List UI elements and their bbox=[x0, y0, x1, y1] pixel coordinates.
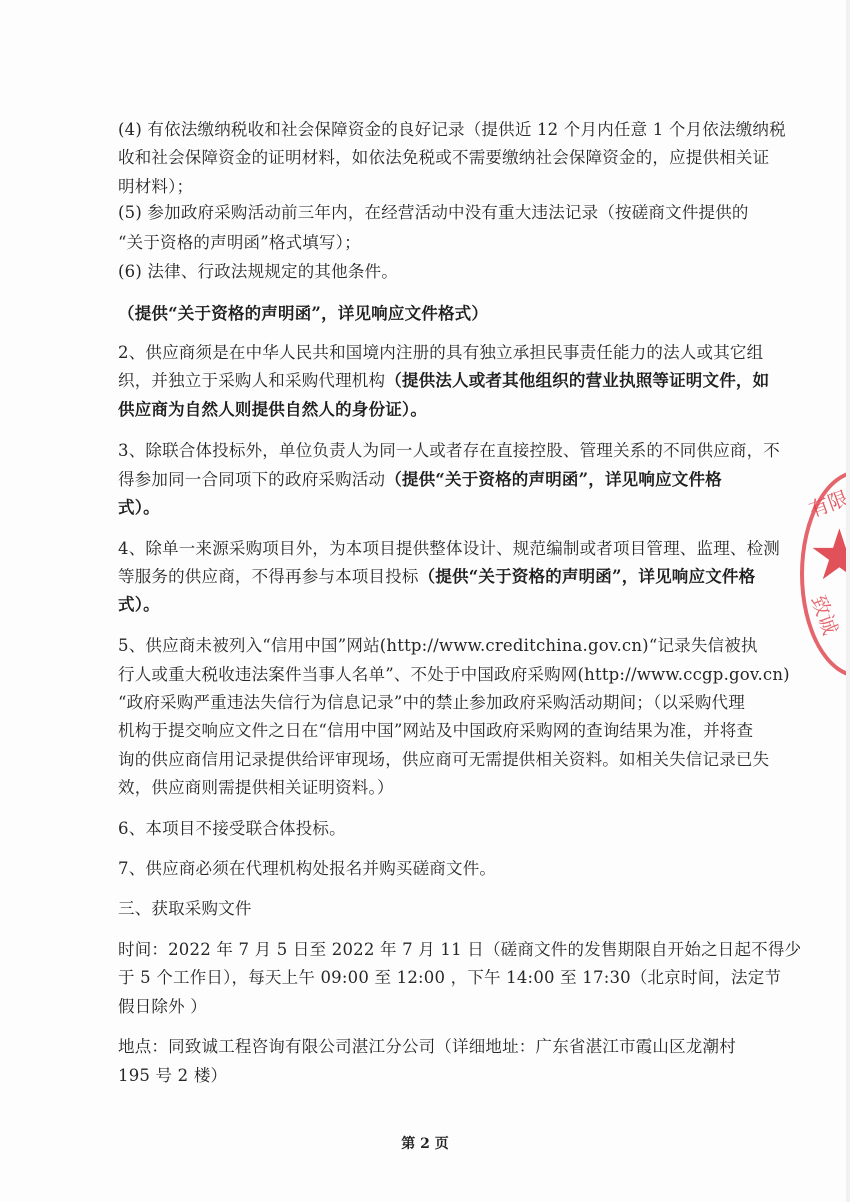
text-line: 式）。 bbox=[118, 595, 160, 615]
text-segment: (6) 法律、行政法规规定的其他条件。 bbox=[118, 262, 398, 281]
text-segment: 等服务的供应商，不得再参与本项目投标 bbox=[118, 567, 419, 586]
page-number: 第 2 页 bbox=[0, 1133, 850, 1153]
text-line: 效，供应商则需提供相关证明资料。） bbox=[118, 778, 394, 798]
text-line: 供应商为自然人则提供自然人的身份证）。 bbox=[118, 400, 427, 420]
text-segment: 195 号 2 楼） bbox=[118, 1066, 227, 1085]
text-segment: 询的供应商信用记录提供给评审现场，供应商可无需提供相关资料。如相关失信记录已失 bbox=[118, 750, 769, 769]
text-line: 6、本项目不接受联合体投标。 bbox=[118, 819, 346, 839]
text-segment: 三、获取采购文件 bbox=[118, 899, 252, 918]
text-segment: 得参加同一合同项下的政府采购活动 bbox=[118, 470, 385, 489]
text-segment: 假日除外 ） bbox=[118, 997, 207, 1016]
text-line: 得参加同一合同项下的政府采购活动（提供“关于资格的声明函”，详见响应文件格 bbox=[118, 470, 722, 490]
text-segment: 行人或重大税收违法案件当事人名单”、不处于中国政府采购网(http://www.… bbox=[118, 665, 790, 684]
text-segment: 7、供应商必须在代理机构处报名并购买磋商文件。 bbox=[118, 859, 496, 878]
text-segment: 6、本项目不接受联合体投标。 bbox=[118, 819, 346, 838]
text-line: 收和社会保障资金的证明材料，如依法免税或不需要缴纳社会保障资金的，应提供相关证 bbox=[118, 148, 769, 168]
text-line: “政府采购严重违法失信行为信息记录”中的禁止参加政府采购活动期间；（以采购代理 bbox=[118, 693, 745, 713]
text-line: (6) 法律、行政法规规定的其他条件。 bbox=[118, 262, 398, 282]
text-line: 地点：同致诚工程咨询有限公司湛江分公司（详细地址：广东省湛江市霞山区龙潮村 bbox=[118, 1037, 736, 1057]
text-line: 行人或重大税收违法案件当事人名单”、不处于中国政府采购网(http://www.… bbox=[118, 665, 790, 685]
text-line: 4、除单一来源采购项目外，为本项目提供整体设计、规范编制或者项目管理、监理、检测 bbox=[118, 539, 780, 559]
seal-star-icon: ★ bbox=[808, 520, 850, 590]
text-segment: 2、供应商须是在中华人民共和国境内注册的具有独立承担民事责任能力的法人或其它组 bbox=[118, 343, 763, 362]
text-line: 等服务的供应商，不得再参与本项目投标（提供“关于资格的声明函”，详见响应文件格 bbox=[118, 567, 755, 587]
text-line: 明材料）； bbox=[118, 177, 193, 197]
text-segment: 机构于提交响应文件之日在“信用中国”网站及中国政府采购网的查询结果为准，并将查 bbox=[118, 721, 753, 740]
text-segment: 明材料）； bbox=[118, 177, 193, 196]
text-line: 时间：2022 年 7 月 5 日至 2022 年 7 月 11 日（磋商文件的… bbox=[118, 940, 801, 960]
text-line: 5、供应商未被列入“信用中国”网站(http://www.creditchina… bbox=[118, 636, 758, 656]
bold-text-segment: 供应商为自然人则提供自然人的身份证）。 bbox=[118, 400, 427, 419]
text-segment: “政府采购严重违法失信行为信息记录”中的禁止参加政府采购活动期间；（以采购代理 bbox=[118, 693, 745, 712]
text-line: 7、供应商必须在代理机构处报名并购买磋商文件。 bbox=[118, 859, 496, 879]
page-edge bbox=[846, 0, 850, 1202]
text-segment: (5) 参加政府采购活动前三年内，在经营活动中没有重大违法记录（按磋商文件提供的 bbox=[118, 203, 749, 222]
text-line: “关于资格的声明函”格式填写）； bbox=[118, 233, 361, 253]
text-segment: 时间：2022 年 7 月 5 日至 2022 年 7 月 11 日（磋商文件的… bbox=[118, 940, 801, 959]
text-line: 三、获取采购文件 bbox=[118, 899, 252, 919]
text-segment: (4) 有依法缴纳税收和社会保障资金的良好记录（提供近 12 个月内任意 1 个… bbox=[118, 120, 786, 139]
text-segment: 4、除单一来源采购项目外，为本项目提供整体设计、规范编制或者项目管理、监理、检测 bbox=[118, 539, 780, 558]
text-segment: 3、除联合体投标外，单位负责人为同一人或者存在直接控股、管理关系的不同供应商，不 bbox=[118, 441, 780, 460]
text-line: 假日除外 ） bbox=[118, 997, 207, 1017]
text-line: 式）。 bbox=[118, 498, 160, 518]
bold-text-segment: 式）。 bbox=[118, 498, 160, 517]
text-segment: 效，供应商则需提供相关证明资料。） bbox=[118, 778, 394, 797]
bold-text-segment: （提供法人或者其他组织的营业执照等证明文件，如 bbox=[385, 371, 769, 390]
text-line: 机构于提交响应文件之日在“信用中国”网站及中国政府采购网的查询结果为准，并将查 bbox=[118, 721, 753, 741]
text-line: 于 5 个工作日），每天上午 09:00 至 12:00 ，下午 14:00 至… bbox=[118, 968, 781, 988]
text-segment: 地点：同致诚工程咨询有限公司湛江分公司（详细地址：广东省湛江市霞山区龙潮村 bbox=[118, 1037, 736, 1056]
text-line: 织，并独立于采购人和采购代理机构（提供法人或者其他组织的营业执照等证明文件，如 bbox=[118, 371, 769, 391]
text-segment: 收和社会保障资金的证明材料，如依法免税或不需要缴纳社会保障资金的，应提供相关证 bbox=[118, 148, 769, 167]
text-line: 询的供应商信用记录提供给评审现场，供应商可无需提供相关资料。如相关失信记录已失 bbox=[118, 750, 769, 770]
text-segment: 5、供应商未被列入“信用中国”网站(http://www.creditchina… bbox=[118, 636, 758, 655]
text-line: （提供“关于资格的声明函”，详见响应文件格式） bbox=[118, 304, 488, 324]
bold-text-segment: （提供“关于资格的声明函”，详见响应文件格式） bbox=[118, 304, 488, 323]
text-segment: 织，并独立于采购人和采购代理机构 bbox=[118, 371, 385, 390]
text-segment: 于 5 个工作日），每天上午 09:00 至 12:00 ，下午 14:00 至… bbox=[118, 968, 781, 987]
text-line: (5) 参加政府采购活动前三年内，在经营活动中没有重大违法记录（按磋商文件提供的 bbox=[118, 203, 749, 223]
bold-text-segment: 式）。 bbox=[118, 595, 160, 614]
text-line: (4) 有依法缴纳税收和社会保障资金的良好记录（提供近 12 个月内任意 1 个… bbox=[118, 120, 786, 140]
text-line: 3、除联合体投标外，单位负责人为同一人或者存在直接控股、管理关系的不同供应商，不 bbox=[118, 441, 780, 461]
document-page: (4) 有依法缴纳税收和社会保障资金的良好记录（提供近 12 个月内任意 1 个… bbox=[0, 0, 850, 1202]
bold-text-segment: （提供“关于资格的声明函”，详见响应文件格 bbox=[419, 567, 756, 586]
bold-text-segment: （提供“关于资格的声明函”，详见响应文件格 bbox=[385, 470, 722, 489]
text-line: 2、供应商须是在中华人民共和国境内注册的具有独立承担民事责任能力的法人或其它组 bbox=[118, 343, 763, 363]
text-line: 195 号 2 楼） bbox=[118, 1066, 227, 1086]
text-segment: “关于资格的声明函”格式填写）； bbox=[118, 233, 361, 252]
